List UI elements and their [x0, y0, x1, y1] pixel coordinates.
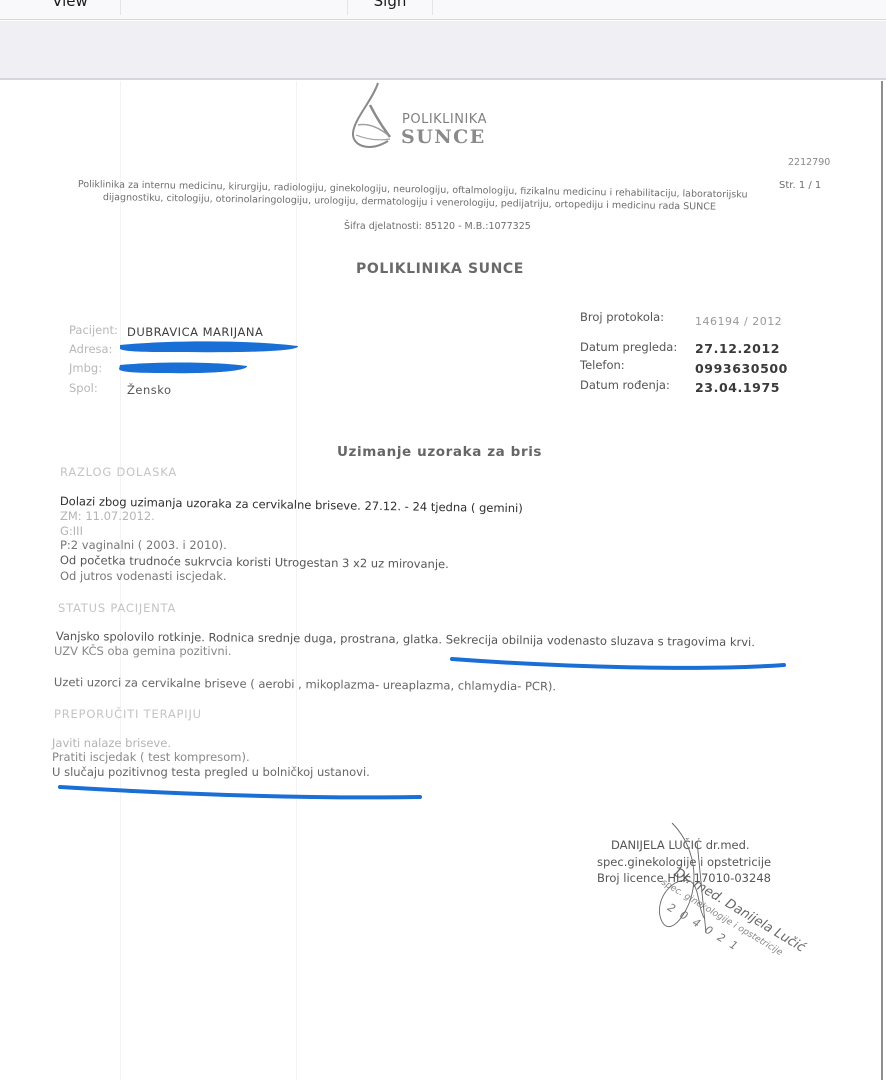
sunce-logo-icon [348, 81, 398, 159]
toolbar-separator [432, 0, 433, 15]
scan-artifact [296, 81, 297, 1080]
reason-line: ZM: 11.07.2012. [60, 509, 155, 523]
dob-label: Datum rođenja: [580, 378, 670, 392]
underline-status [452, 659, 784, 668]
doc-number: 2212790 [788, 157, 830, 168]
patient-jmbg-label: Jmbg: [69, 361, 102, 375]
view-menu-button[interactable]: View [40, 0, 100, 15]
signature-name: DANIJELA LUČIĆ dr.med. [611, 838, 750, 852]
page-indicator: Str. 1 / 1 [779, 180, 821, 191]
secondary-toolbar [0, 21, 886, 80]
therapy-line: Pratiti iscjedak ( test kompresom). [52, 750, 250, 764]
clinic-title: POLIKLINIKA SUNCE [356, 261, 524, 277]
status-heading: STATUS PACIJENTA [58, 601, 176, 615]
status-line: UZV KČS oba gemina pozitivni. [54, 644, 232, 658]
therapy-line: U slučaju pozitivnog testa pregled u bol… [52, 765, 370, 779]
signature-license: Broj licence HLK 17010-03248 [597, 871, 771, 885]
signature-specialty: spec.ginekologije i opstetricije [597, 855, 771, 869]
toolbar-separator [347, 0, 348, 15]
patient-name: DUBRAVICA MARIJANA [127, 325, 263, 339]
redaction-jmbg [119, 362, 247, 373]
exam-title: Uzimanje uzoraka za bris [337, 444, 542, 460]
therapy-heading: PREPORUČITI TERAPIJU [54, 707, 202, 721]
logo-line1: POLIKLINIKA [402, 112, 487, 127]
toolbar-separator [120, 0, 121, 15]
sign-menu-button[interactable]: Sign [360, 0, 420, 15]
patient-sex: Žensko [127, 383, 172, 397]
patient-name-label: Pacijent: [69, 323, 118, 337]
reason-line: G:III [60, 524, 83, 538]
document-page: POLIKLINIKA SUNCE 2212790 Str. 1 / 1 Pol… [0, 81, 882, 1080]
therapy-line: Javiti nalaze briseve. [52, 736, 171, 750]
phone-label: Telefon: [580, 358, 625, 372]
app-toolbar: View Sign [0, 0, 886, 20]
phone: 0993630500 [695, 361, 788, 376]
protocol-label: Broj protokola: [580, 310, 664, 324]
protocol-number: 146194 / 2012 [695, 315, 782, 328]
header-line-3: Šifra djelatnosti: 85120 - M.B.:1077325 [344, 221, 531, 232]
exam-date-label: Datum pregleda: [580, 340, 677, 354]
dob: 23.04.1975 [695, 380, 780, 395]
page-edge [881, 81, 883, 1080]
patient-sex-label: Spol: [69, 381, 98, 395]
patient-address-label: Adresa: [69, 342, 112, 356]
reason-heading: RAZLOG DOLASKA [60, 465, 177, 479]
reason-line: P:2 vaginalni ( 2003. i 2010). [60, 538, 227, 552]
underline-therapy [60, 787, 420, 797]
redaction-address [120, 341, 298, 352]
status-line: Uzeti uzorci za cervikalne briseve ( aer… [54, 675, 556, 693]
logo-line2: SUNCE [401, 126, 486, 148]
exam-date: 27.12.2012 [695, 341, 780, 356]
reason-line: Od jutros vodenasti iscjedak. [60, 569, 227, 583]
